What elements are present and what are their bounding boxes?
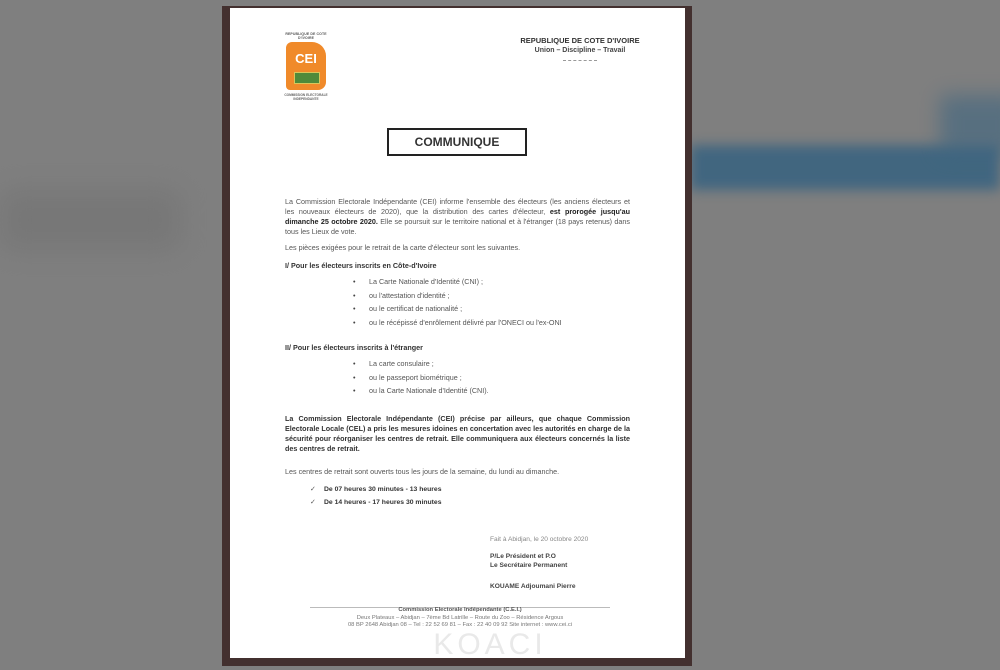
cei-logo: REPUBLIQUE DE COTE D'IVOIRE CEI COMMISSI… [278,32,334,101]
pieces-intro: Les pièces exigées pour le retrait de la… [285,243,630,253]
section2-title: II/ Pour les électeurs inscrits à l'étra… [285,343,630,353]
list-item: ou le récépissé d'enrôlement délivré par… [353,316,630,330]
list-item: ou la Carte Nationale d'Identité (CNI). [353,384,630,398]
signatory-line2: Le Secrétaire Permanent [490,561,630,570]
cei-logo-icon: CEI [286,42,326,90]
document-title: COMMUNIQUE [387,128,527,156]
republic-header: REPUBLIQUE DE COTE D'IVOIRE Union – Disc… [515,36,645,61]
hours-intro: Les centres de retrait sont ouverts tous… [285,467,630,477]
logo-cei-text: CEI [286,51,326,66]
logo-bottom-text: COMMISSION ELECTORALE INDEPENDANTE [278,93,334,101]
hours-list: De 07 heures 30 minutes - 13 heures De 1… [285,483,630,509]
logo-top-text: REPUBLIQUE DE COTE D'IVOIRE [278,32,334,40]
list-item: ou le passeport biométrique ; [353,371,630,385]
cel-paragraph: La Commission Electorale Indépendante (C… [285,414,630,454]
section1-list: La Carte Nationale d'Identité (CNI) ; ou… [285,275,630,329]
hours-item: De 14 heures - 17 heures 30 minutes [310,496,630,509]
list-item: La Carte Nationale d'Identité (CNI) ; [353,275,630,289]
background-blue-blur [940,95,1000,155]
footer-address: Deux Plateaux – Abidjan – 7ème Bd Latril… [290,615,630,623]
background-shade [0,190,180,250]
signature-block: Fait à Abidjan, le 20 octobre 2020 P/Le … [490,536,630,591]
header-divider [563,60,597,61]
republic-motto: Union – Discipline – Travail [515,47,645,54]
watermark: KOACI [380,628,600,662]
list-item: La carte consulaire ; [353,357,630,371]
place-date: Fait à Abidjan, le 20 octobre 2020 [490,536,630,543]
hours-item: De 07 heures 30 minutes - 13 heures [310,483,630,496]
footer-org: Commission Electorale Indépendante (C.E.… [290,607,630,615]
section1-title: I/ Pour les électeurs inscrits en Côte-d… [285,261,630,271]
intro-paragraph: La Commission Electorale Indépendante (C… [285,197,630,237]
signatory-line1: P/Le Président et P.O [490,552,630,561]
list-item: ou l'attestation d'identité ; [353,289,630,303]
republic-title: REPUBLIQUE DE COTE D'IVOIRE [515,36,645,45]
document-footer: Commission Electorale Indépendante (C.E.… [290,607,630,630]
list-item: ou le certificat de nationalité ; [353,302,630,316]
section2-list: La carte consulaire ; ou le passeport bi… [285,357,630,398]
document-body: La Commission Electorale Indépendante (C… [285,197,630,509]
ballot-box-icon [294,72,320,84]
signatory-name: KOUAME Adjoumani Pierre [490,582,630,591]
document-page: REPUBLIQUE DE COTE D'IVOIRE CEI COMMISSI… [230,8,685,658]
